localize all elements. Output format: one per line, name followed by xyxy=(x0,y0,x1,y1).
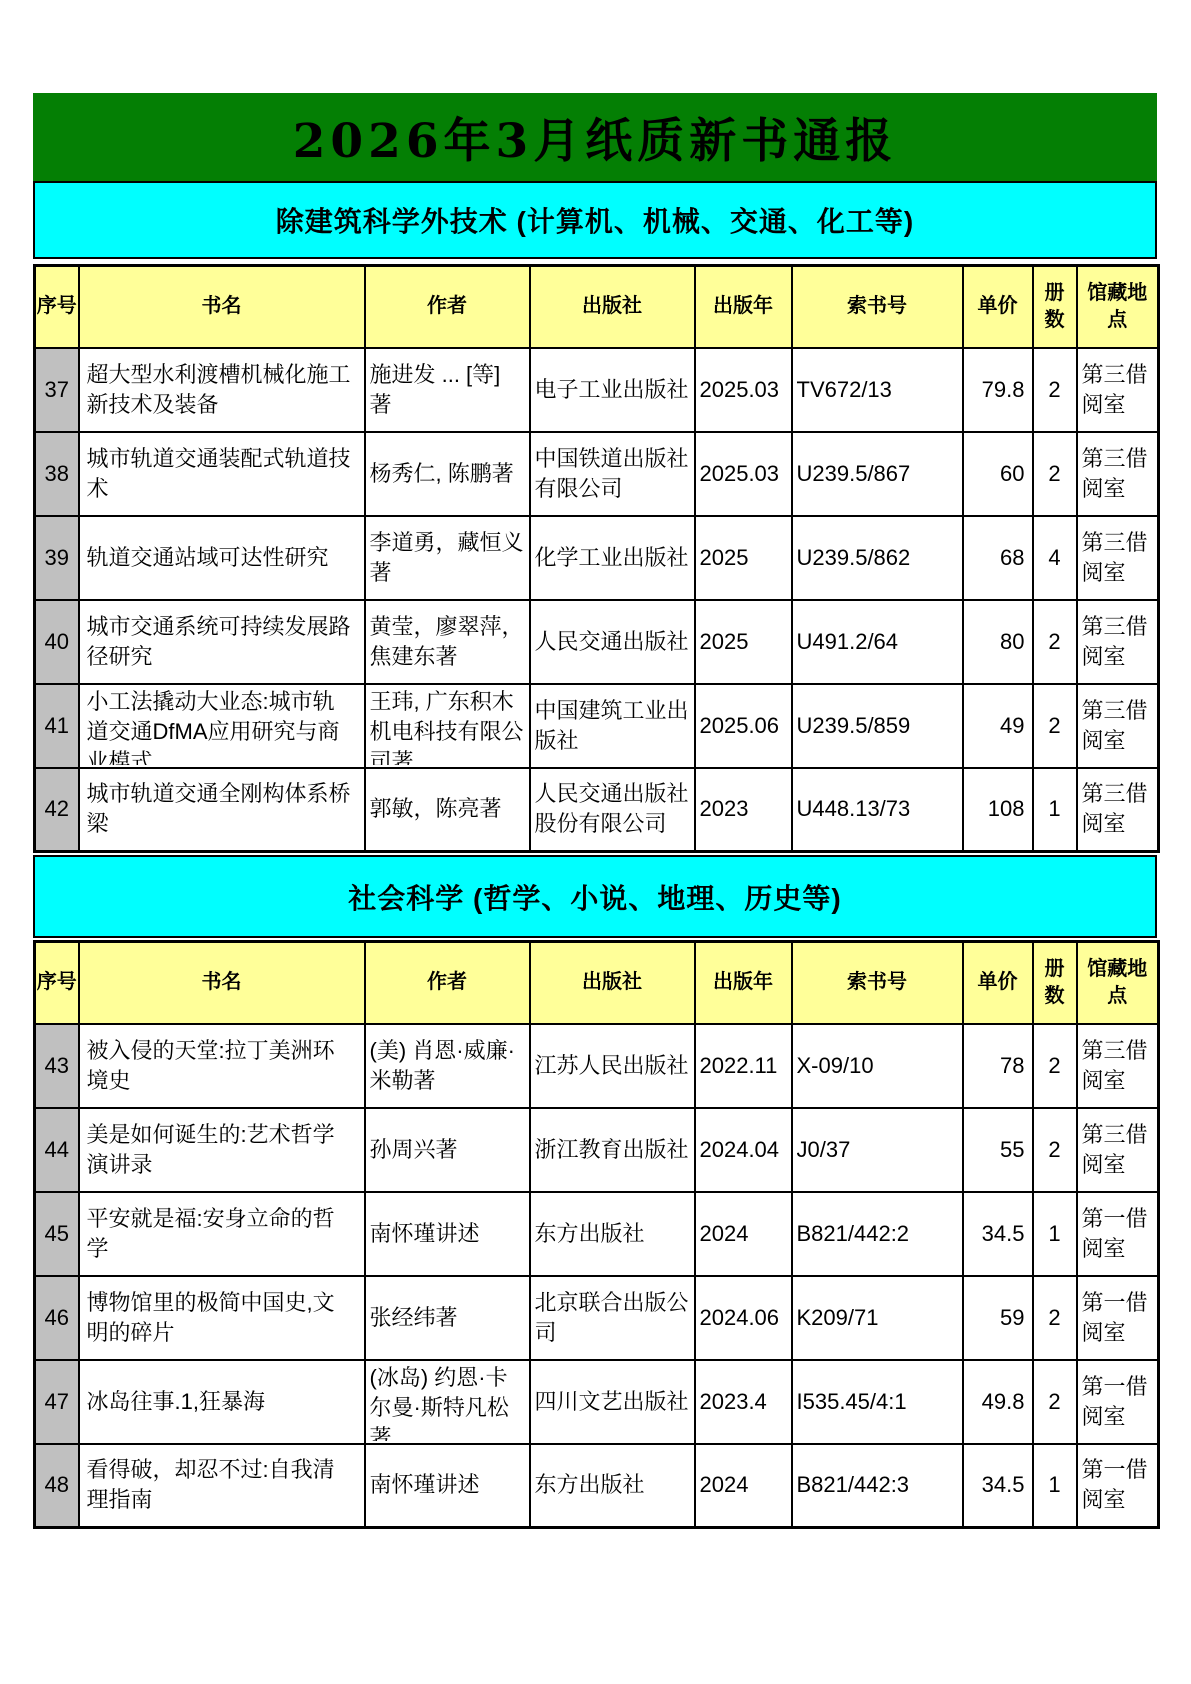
row-index: 42 xyxy=(35,768,79,852)
book-location: 第一借阅室 xyxy=(1077,1444,1159,1528)
table-row: 43 被入侵的天堂:拉丁美洲环境史 (美) 肖恩·威廉·米勒著 江苏人民出版社 … xyxy=(35,1024,1159,1108)
book-publisher: 化学工业出版社 xyxy=(530,516,695,600)
table-row: 42 城市轨道交通全刚构体系桥梁 郭敏，陈亮著 人民交通出版社股份有限公司 20… xyxy=(35,768,1159,852)
book-callno: K209/71 xyxy=(792,1276,963,1360)
row-index: 45 xyxy=(35,1192,79,1276)
table-row: 41 小工法撬动大业态:城市轨道交通DfMA应用研究与商业模式 王玮, 广东积木… xyxy=(35,684,1159,768)
row-index: 40 xyxy=(35,600,79,684)
book-publisher: 江苏人民出版社 xyxy=(530,1024,695,1108)
column-header-copies: 册数 xyxy=(1033,942,1077,1024)
column-header-author: 作者 xyxy=(365,942,530,1024)
book-callno: U491.2/64 xyxy=(792,600,963,684)
column-header-year: 出版年 xyxy=(695,266,792,348)
book-year: 2025 xyxy=(695,516,792,600)
book-title: 冰岛往事.1,狂暴海 xyxy=(79,1360,365,1444)
book-copies: 1 xyxy=(1033,1444,1077,1528)
book-copies: 2 xyxy=(1033,600,1077,684)
column-header-no: 序号 xyxy=(35,266,79,348)
book-title: 轨道交通站域可达性研究 xyxy=(79,516,365,600)
book-callno: B821/442:2 xyxy=(792,1192,963,1276)
book-author: 郭敏，陈亮著 xyxy=(365,768,530,852)
book-title: 被入侵的天堂:拉丁美洲环境史 xyxy=(79,1024,365,1108)
column-header-year: 出版年 xyxy=(695,942,792,1024)
book-location: 第一借阅室 xyxy=(1077,1276,1159,1360)
book-callno: J0/37 xyxy=(792,1108,963,1192)
row-index: 47 xyxy=(35,1360,79,1444)
book-publisher: 四川文艺出版社 xyxy=(530,1360,695,1444)
book-publisher: 人民交通出版社 xyxy=(530,600,695,684)
book-callno: U239.5/859 xyxy=(792,684,963,768)
book-location: 第三借阅室 xyxy=(1077,684,1159,768)
book-callno: U448.13/73 xyxy=(792,768,963,852)
table-row: 46 博物馆里的极简中国史,文明的碎片 张经纬著 北京联合出版公司 2024.0… xyxy=(35,1276,1159,1360)
book-publisher: 中国建筑工业出版社 xyxy=(530,684,695,768)
book-callno: U239.5/867 xyxy=(792,432,963,516)
book-author: 南怀瑾讲述 xyxy=(365,1192,530,1276)
book-price: 55 xyxy=(963,1108,1033,1192)
book-year: 2024.06 xyxy=(695,1276,792,1360)
book-price: 68 xyxy=(963,516,1033,600)
book-copies: 4 xyxy=(1033,516,1077,600)
book-publisher: 北京联合出版公司 xyxy=(530,1276,695,1360)
table-header-row: 序号 书名 作者 出版社 出版年 索书号 单价 册数 馆藏地点 xyxy=(35,266,1159,348)
book-author: 张经纬著 xyxy=(365,1276,530,1360)
book-price: 59 xyxy=(963,1276,1033,1360)
section-heading-social-science: 社会科学 (哲学、小说、地理、历史等) xyxy=(33,855,1157,938)
table-row: 45 平安就是福:安身立命的哲学 南怀瑾讲述 东方出版社 2024 B821/4… xyxy=(35,1192,1159,1276)
book-publisher: 人民交通出版社股份有限公司 xyxy=(530,768,695,852)
column-header-publisher: 出版社 xyxy=(530,942,695,1024)
row-index: 48 xyxy=(35,1444,79,1528)
book-author: (冰岛) 约恩·卡尔曼·斯特凡松著 xyxy=(365,1360,530,1444)
book-title: 城市交通系统可持续发展路径研究 xyxy=(79,600,365,684)
book-price: 80 xyxy=(963,600,1033,684)
book-copies: 2 xyxy=(1033,1024,1077,1108)
book-author: 施进发 ... [等] 著 xyxy=(365,348,530,432)
table-row: 39 轨道交通站域可达性研究 李道勇，藏恒义著 化学工业出版社 2025 U23… xyxy=(35,516,1159,600)
book-title: 超大型水利渡槽机械化施工新技术及装备 xyxy=(79,348,365,432)
column-header-title: 书名 xyxy=(79,942,365,1024)
column-header-location: 馆藏地点 xyxy=(1077,266,1159,348)
book-author: 杨秀仁, 陈鹏著 xyxy=(365,432,530,516)
book-publisher: 浙江教育出版社 xyxy=(530,1108,695,1192)
book-copies: 2 xyxy=(1033,432,1077,516)
page-title: 2026年3月纸质新书通报 xyxy=(33,93,1157,181)
book-year: 2023.4 xyxy=(695,1360,792,1444)
book-title: 美是如何诞生的:艺术哲学演讲录 xyxy=(79,1108,365,1192)
book-location: 第三借阅室 xyxy=(1077,1024,1159,1108)
book-year: 2024 xyxy=(695,1444,792,1528)
column-header-author: 作者 xyxy=(365,266,530,348)
book-copies: 2 xyxy=(1033,684,1077,768)
bulletin-sheet: 2026年3月纸质新书通报 除建筑科学外技术 (计算机、机械、交通、化工等) 序… xyxy=(33,93,1157,1529)
book-copies: 2 xyxy=(1033,1276,1077,1360)
book-year: 2024.04 xyxy=(695,1108,792,1192)
book-callno: B821/442:3 xyxy=(792,1444,963,1528)
book-publisher: 东方出版社 xyxy=(530,1192,695,1276)
column-header-callno: 索书号 xyxy=(792,942,963,1024)
book-author: 南怀瑾讲述 xyxy=(365,1444,530,1528)
book-year: 2023 xyxy=(695,768,792,852)
book-author: 黄莹，廖翠萍，焦建东著 xyxy=(365,600,530,684)
book-author: (美) 肖恩·威廉·米勒著 xyxy=(365,1024,530,1108)
book-price: 34.5 xyxy=(963,1444,1033,1528)
book-copies: 1 xyxy=(1033,768,1077,852)
table-row: 44 美是如何诞生的:艺术哲学演讲录 孙周兴著 浙江教育出版社 2024.04 … xyxy=(35,1108,1159,1192)
book-title: 博物馆里的极简中国史,文明的碎片 xyxy=(79,1276,365,1360)
book-year: 2024 xyxy=(695,1192,792,1276)
row-index: 43 xyxy=(35,1024,79,1108)
column-header-copies: 册数 xyxy=(1033,266,1077,348)
book-price: 49.8 xyxy=(963,1360,1033,1444)
book-title: 小工法撬动大业态:城市轨道交通DfMA应用研究与商业模式 xyxy=(79,684,365,768)
book-callno: I535.45/4:1 xyxy=(792,1360,963,1444)
column-header-location: 馆藏地点 xyxy=(1077,942,1159,1024)
column-header-publisher: 出版社 xyxy=(530,266,695,348)
book-title: 城市轨道交通装配式轨道技术 xyxy=(79,432,365,516)
row-index: 38 xyxy=(35,432,79,516)
table-row: 47 冰岛往事.1,狂暴海 (冰岛) 约恩·卡尔曼·斯特凡松著 四川文艺出版社 … xyxy=(35,1360,1159,1444)
table-header-row: 序号 书名 作者 出版社 出版年 索书号 单价 册数 馆藏地点 xyxy=(35,942,1159,1024)
table-row: 48 看得破，却忍不过:自我清理指南 南怀瑾讲述 东方出版社 2024 B821… xyxy=(35,1444,1159,1528)
book-year: 2025.06 xyxy=(695,684,792,768)
book-title: 城市轨道交通全刚构体系桥梁 xyxy=(79,768,365,852)
book-copies: 2 xyxy=(1033,348,1077,432)
book-publisher: 东方出版社 xyxy=(530,1444,695,1528)
row-index: 44 xyxy=(35,1108,79,1192)
book-callno: U239.5/862 xyxy=(792,516,963,600)
book-location: 第三借阅室 xyxy=(1077,348,1159,432)
book-location: 第三借阅室 xyxy=(1077,1108,1159,1192)
column-header-price: 单价 xyxy=(963,266,1033,348)
book-location: 第三借阅室 xyxy=(1077,600,1159,684)
book-location: 第一借阅室 xyxy=(1077,1360,1159,1444)
book-author: 孙周兴著 xyxy=(365,1108,530,1192)
book-publisher: 中国铁道出版社有限公司 xyxy=(530,432,695,516)
book-price: 49 xyxy=(963,684,1033,768)
book-location: 第一借阅室 xyxy=(1077,1192,1159,1276)
book-author: 王玮, 广东积木机电科技有限公司著 xyxy=(365,684,530,768)
table-row: 38 城市轨道交通装配式轨道技术 杨秀仁, 陈鹏著 中国铁道出版社有限公司 20… xyxy=(35,432,1159,516)
book-year: 2025.03 xyxy=(695,432,792,516)
book-price: 78 xyxy=(963,1024,1033,1108)
book-location: 第三借阅室 xyxy=(1077,768,1159,852)
book-title: 看得破，却忍不过:自我清理指南 xyxy=(79,1444,365,1528)
column-header-no: 序号 xyxy=(35,942,79,1024)
book-copies: 2 xyxy=(1033,1108,1077,1192)
book-location: 第三借阅室 xyxy=(1077,516,1159,600)
book-price: 79.8 xyxy=(963,348,1033,432)
row-index: 37 xyxy=(35,348,79,432)
technology-books-table: 序号 书名 作者 出版社 出版年 索书号 单价 册数 馆藏地点 37 超大型水利… xyxy=(33,264,1160,853)
book-author: 李道勇，藏恒义著 xyxy=(365,516,530,600)
table-row: 40 城市交通系统可持续发展路径研究 黄莹，廖翠萍，焦建东著 人民交通出版社 2… xyxy=(35,600,1159,684)
section-heading-technology: 除建筑科学外技术 (计算机、机械、交通、化工等) xyxy=(33,181,1157,259)
book-title: 平安就是福:安身立命的哲学 xyxy=(79,1192,365,1276)
table-row: 37 超大型水利渡槽机械化施工新技术及装备 施进发 ... [等] 著 电子工业… xyxy=(35,348,1159,432)
book-price: 108 xyxy=(963,768,1033,852)
social-science-books-table: 序号 书名 作者 出版社 出版年 索书号 单价 册数 馆藏地点 43 被入侵的天… xyxy=(33,940,1160,1529)
row-index: 39 xyxy=(35,516,79,600)
row-index: 41 xyxy=(35,684,79,768)
book-copies: 2 xyxy=(1033,1360,1077,1444)
column-header-callno: 索书号 xyxy=(792,266,963,348)
book-year: 2022.11 xyxy=(695,1024,792,1108)
book-price: 60 xyxy=(963,432,1033,516)
book-year: 2025.03 xyxy=(695,348,792,432)
column-header-price: 单价 xyxy=(963,942,1033,1024)
column-header-title: 书名 xyxy=(79,266,365,348)
book-location: 第三借阅室 xyxy=(1077,432,1159,516)
book-price: 34.5 xyxy=(963,1192,1033,1276)
book-copies: 1 xyxy=(1033,1192,1077,1276)
book-year: 2025 xyxy=(695,600,792,684)
book-publisher: 电子工业出版社 xyxy=(530,348,695,432)
book-callno: X-09/10 xyxy=(792,1024,963,1108)
book-callno: TV672/13 xyxy=(792,348,963,432)
row-index: 46 xyxy=(35,1276,79,1360)
